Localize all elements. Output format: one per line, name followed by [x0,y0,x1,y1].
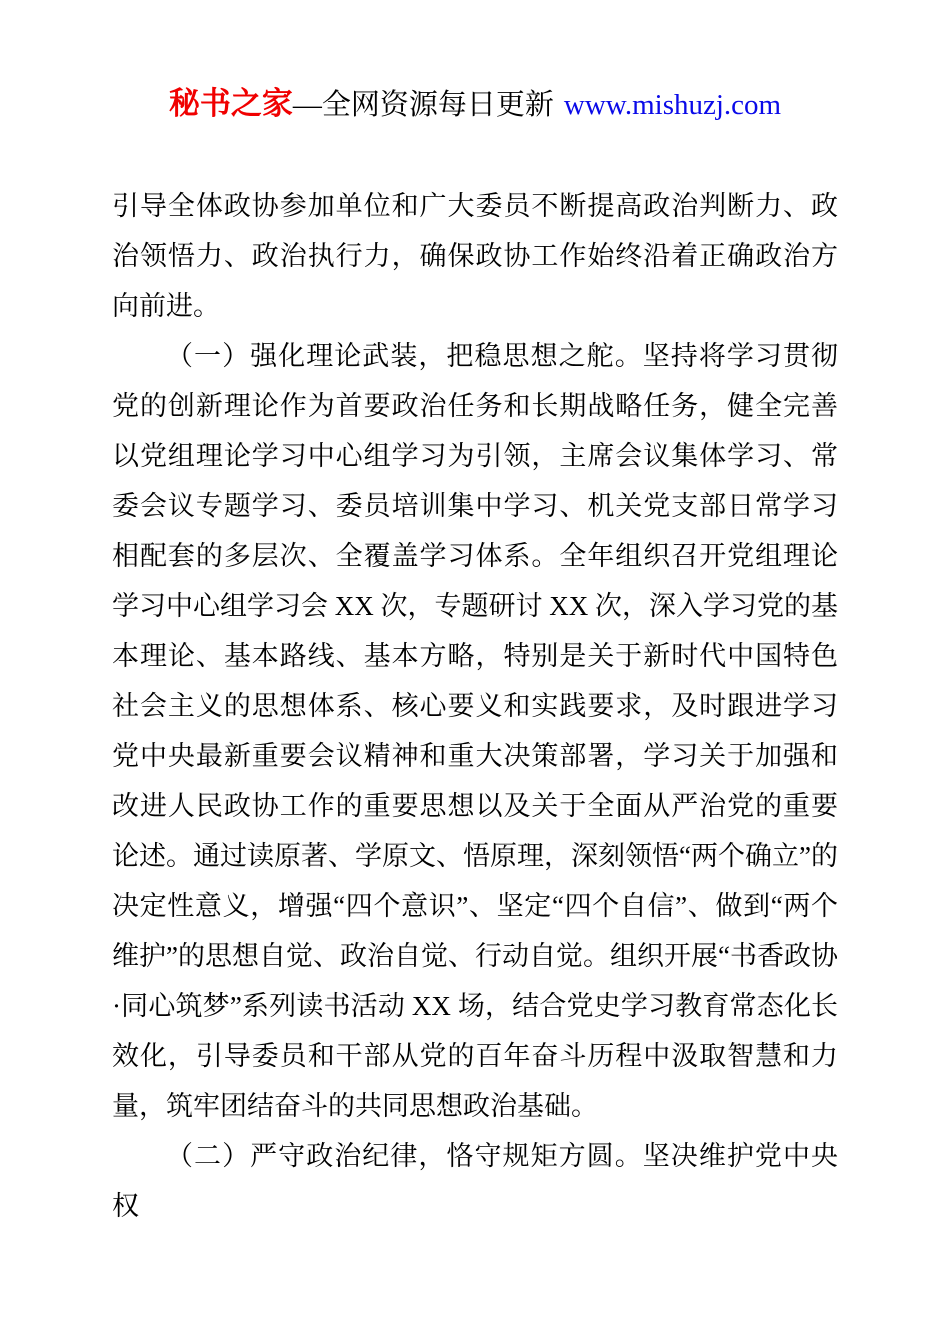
paragraph: （一）强化理论武装，把稳思想之舵。坚持将学习贯彻党的创新理论作为首要政治任务和长… [112,331,838,1131]
site-tagline: 全网资源每日更新 [322,89,554,121]
paragraph: 引导全体政协参加单位和广大委员不断提高政治判断力、政治领悟力、政治执行力，确保政… [112,181,838,331]
site-brand: 秘书之家 [169,86,293,121]
paragraph: （二）严守政治纪律，恪守规矩方圆。坚决维护党中央权 [112,1131,838,1231]
site-url-link[interactable]: www.mishuzj.com [564,89,781,121]
document-page: 秘书之家—全网资源每日更新www.mishuzj.com 引导全体政协参加单位和… [0,0,950,1344]
site-header: 秘书之家—全网资源每日更新www.mishuzj.com [112,86,838,123]
header-dash: — [293,89,322,121]
document-body: 引导全体政协参加单位和广大委员不断提高政治判断力、政治领悟力、政治执行力，确保政… [112,181,838,1231]
